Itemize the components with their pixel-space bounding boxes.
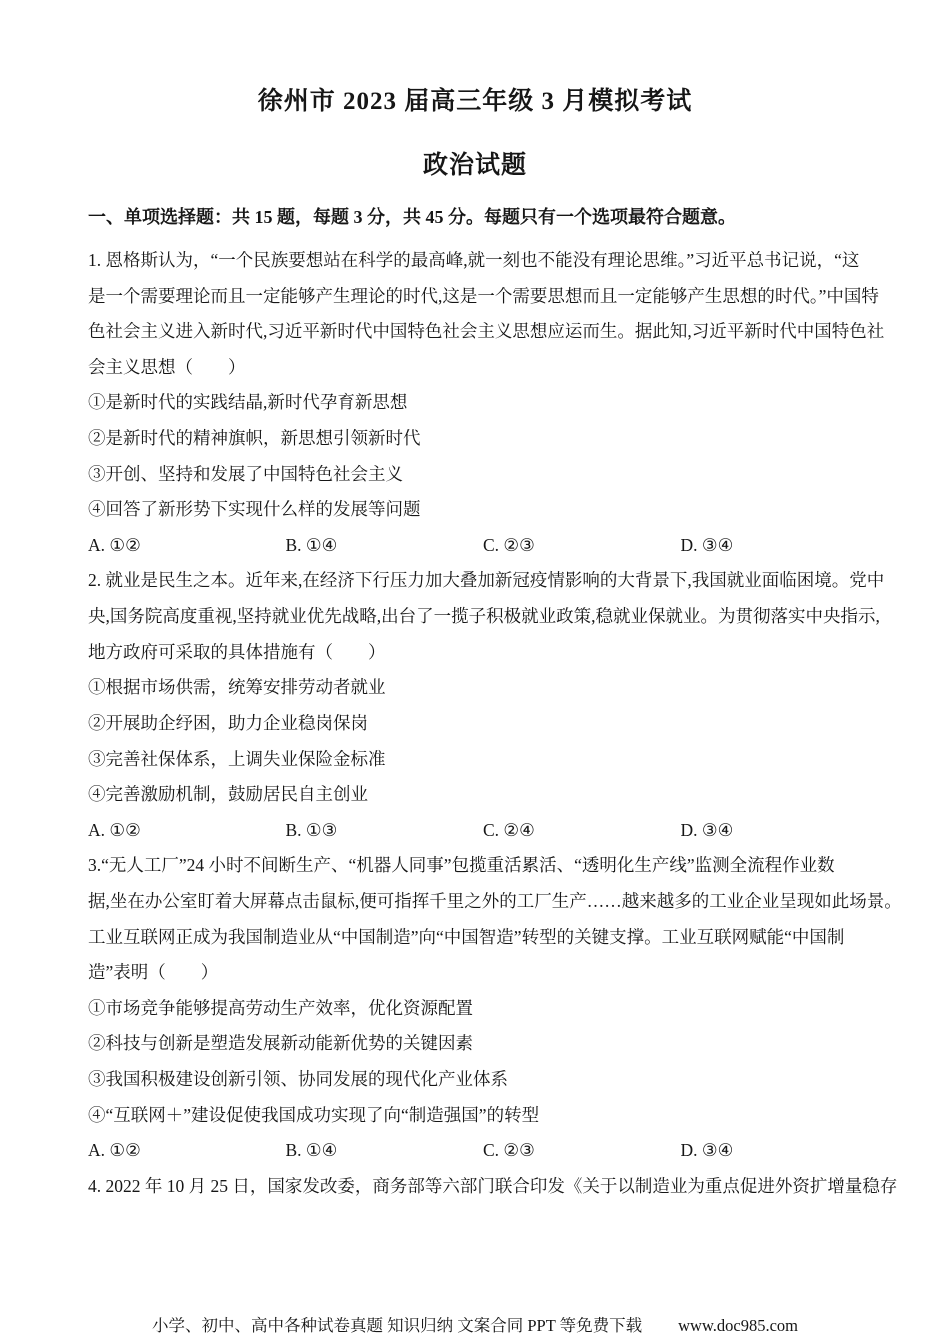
question-2-stem-line-2: 央,国务院高度重视,坚持就业优先战略,出台了一揽子积极就业政策,稳就业保就业。为… [88, 599, 862, 635]
section-header: 一、单项选择题：共 15 题，每题 3 分，共 45 分。每题只有一个选项最符合… [88, 202, 862, 232]
question-2-option-C: C. ②④ [483, 813, 681, 849]
question-1-item-2: ②是新时代的精神旗帜，新思想引领新时代 [88, 421, 862, 457]
question-3-item-1: ①市场竞争能够提高劳动生产效率，优化资源配置 [88, 991, 862, 1027]
question-1-stem-line-1: 1. 恩格斯认为，“一个民族要想站在科学的最高峰,就一刻也不能没有理论思维。”习… [88, 243, 862, 279]
footer-text: 小学、初中、高中各种试卷真题 知识归纳 文案合同 PPT 等免费下载 [152, 1316, 642, 1335]
question-1-item-3: ③开创、坚持和发展了中国特色社会主义 [88, 457, 862, 493]
question-2-option-B: B. ①③ [286, 813, 484, 849]
question-2-item-2: ②开展助企纾困，助力企业稳岗保岗 [88, 706, 862, 742]
page-subtitle: 政治试题 [0, 148, 950, 184]
question-2-stem-line-3: 地方政府可采取的具体措施有（ ） [88, 635, 862, 671]
footer-link[interactable]: www.doc985.com [678, 1316, 798, 1335]
question-1-stem-line-2: 是一个需要理论而且一定能够产生理论的时代,这是一个需要思想而且一定能够产生思想的… [88, 279, 862, 315]
question-3-option-A: A. ①② [88, 1133, 286, 1169]
question-3-item-4: ④“互联网＋”建设促使我国成功实现了向“制造强国”的转型 [88, 1098, 862, 1134]
question-1-option-B: B. ①④ [286, 528, 484, 564]
page-title: 徐州市 2023 届高三年级 3 月模拟考试 [0, 84, 950, 120]
question-1-item-4: ④回答了新形势下实现什么样的发展等问题 [88, 492, 862, 528]
question-4-stem-line-1: 4. 2022 年 10 月 25 日，国家发改委，商务部等六部门联合印发《关于… [88, 1169, 862, 1205]
question-2-options-row: A. ①②B. ①③C. ②④D. ③④ [88, 813, 862, 849]
question-3-option-B: B. ①④ [286, 1133, 484, 1169]
question-3: 3.“无人工厂”24 小时不间断生产、“机器人同事”包揽重活累活、“透明化生产线… [88, 848, 862, 1168]
question-2-item-1: ①根据市场供需，统筹安排劳动者就业 [88, 670, 862, 706]
question-1: 1. 恩格斯认为，“一个民族要想站在科学的最高峰,就一刻也不能没有理论思维。”习… [88, 243, 862, 563]
question-3-option-D: D. ③④ [681, 1133, 863, 1169]
question-1-item-1: ①是新时代的实践结晶,新时代孕育新思想 [88, 385, 862, 421]
exam-paper-page: 徐州市 2023 届高三年级 3 月模拟考试 政治试题 一、单项选择题：共 15… [0, 0, 950, 1344]
question-2-item-4: ④完善激励机制，鼓励居民自主创业 [88, 777, 862, 813]
question-1-option-C: C. ②③ [483, 528, 681, 564]
question-1-option-A: A. ①② [88, 528, 286, 564]
question-2: 2. 就业是民生之本。近年来,在经济下行压力加大叠加新冠疫情影响的大背景下,我国… [88, 563, 862, 848]
question-1-stem-line-4: 会主义思想（ ） [88, 350, 862, 386]
question-2-item-3: ③完善社保体系，上调失业保险金标准 [88, 742, 862, 778]
question-1-options-row: A. ①②B. ①④C. ②③D. ③④ [88, 528, 862, 564]
question-3-stem-line-1: 3.“无人工厂”24 小时不间断生产、“机器人同事”包揽重活累活、“透明化生产线… [88, 848, 862, 884]
question-3-stem-line-2: 据,坐在办公室盯着大屏幕点击鼠标,便可指挥千里之外的工厂生产……越来越多的工业企… [88, 884, 862, 920]
question-3-item-2: ②科技与创新是塑造发展新动能新优势的关键因素 [88, 1026, 862, 1062]
question-4: 4. 2022 年 10 月 25 日，国家发改委，商务部等六部门联合印发《关于… [88, 1169, 862, 1205]
question-3-option-C: C. ②③ [483, 1133, 681, 1169]
question-1-option-D: D. ③④ [681, 528, 863, 564]
question-2-stem-line-1: 2. 就业是民生之本。近年来,在经济下行压力加大叠加新冠疫情影响的大背景下,我国… [88, 563, 862, 599]
questions-container: 1. 恩格斯认为，“一个民族要想站在科学的最高峰,就一刻也不能没有理论思维。”习… [88, 243, 862, 1204]
question-3-options-row: A. ①②B. ①④C. ②③D. ③④ [88, 1133, 862, 1169]
question-3-item-3: ③我国积极建设创新引领、协同发展的现代化产业体系 [88, 1062, 862, 1098]
question-1-stem-line-3: 色社会主义进入新时代,习近平新时代中国特色社会主义思想应运而生。据此知,习近平新… [88, 314, 862, 350]
footer: 小学、初中、高中各种试卷真题 知识归纳 文案合同 PPT 等免费下载www.do… [0, 1314, 950, 1338]
question-2-option-A: A. ①② [88, 813, 286, 849]
question-3-stem-line-4: 造”表明（ ） [88, 955, 862, 991]
question-3-stem-line-3: 工业互联网正成为我国制造业从“中国制造”向“中国智造”转型的关键支撑。工业互联网… [88, 920, 862, 956]
question-2-option-D: D. ③④ [681, 813, 863, 849]
